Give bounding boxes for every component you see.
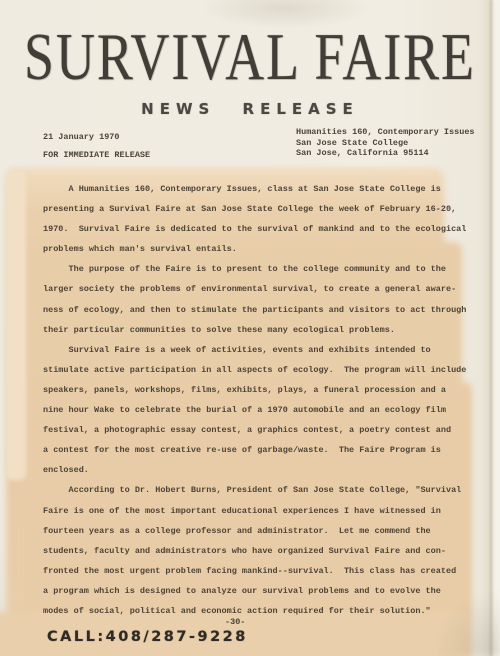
page-edge-shadow bbox=[490, 0, 492, 656]
text-line: According to Dr. Hobert Burns, President… bbox=[43, 480, 477, 500]
aged-tape-light-edge bbox=[6, 170, 26, 480]
body-text: A Humanities 160, Contemporary Issues, c… bbox=[43, 179, 477, 621]
text-line: their particular communities to solve th… bbox=[43, 320, 477, 340]
text-line: enclosed. bbox=[43, 460, 477, 480]
text-line: larger society the problems of environme… bbox=[43, 279, 477, 299]
text-line: festival, a photographic essay contest, … bbox=[43, 420, 477, 440]
text-line: presenting a Survival Faire at San Jose … bbox=[43, 199, 477, 219]
text-line: San Jose, California 95114 bbox=[296, 148, 475, 159]
text-line: San Jose State College bbox=[296, 138, 475, 149]
release-line: FOR IMMEDIATE RELEASE bbox=[43, 150, 150, 160]
text-line: 1970. Survival Faire is dedicated to the… bbox=[43, 219, 477, 239]
masthead-title: SURVIVAL FAIRE bbox=[15, 18, 485, 95]
text-line: a contest for the most creative re-use o… bbox=[43, 440, 477, 460]
date-line: 21 January 1970 bbox=[43, 132, 120, 142]
text-line: Faire is one of the most important educa… bbox=[43, 501, 477, 521]
text-line: Humanities 160, Contemporary Issues bbox=[296, 127, 475, 138]
text-line: stimulate active participation in all as… bbox=[43, 360, 477, 380]
text-line: A Humanities 160, Contemporary Issues, c… bbox=[43, 179, 477, 199]
text-line: Survival Faire is a week of activities, … bbox=[43, 340, 477, 360]
scanned-news-release-page: SURVIVAL FAIRE NEWS RELEASE 21 January 1… bbox=[0, 0, 500, 656]
text-line: a program which is designed to analyze o… bbox=[43, 581, 477, 601]
text-line: ness of ecology, and then to stimulate t… bbox=[43, 300, 477, 320]
end-mark: -30- bbox=[225, 617, 245, 627]
text-line: speakers, panels, workshops, films, exhi… bbox=[43, 380, 477, 400]
text-line: The purpose of the Faire is to present t… bbox=[43, 259, 477, 279]
news-release-stamp: NEWS RELEASE bbox=[0, 100, 500, 118]
call-phone-stamp: CALL:408/287-9228 bbox=[47, 629, 248, 645]
text-line: fronted the most urgent problem facing m… bbox=[43, 561, 477, 581]
text-line: nine hour Wake to celebrate the burial o… bbox=[43, 400, 477, 420]
text-line: problems which man's survival entails. bbox=[43, 239, 477, 259]
text-line: modes of social, political and economic … bbox=[43, 601, 477, 621]
text-line: fourteen years as a college professor an… bbox=[43, 521, 477, 541]
contact-block: Humanities 160, Contemporary IssuesSan J… bbox=[296, 127, 475, 159]
text-line: students, faculty and administrators who… bbox=[43, 541, 477, 561]
